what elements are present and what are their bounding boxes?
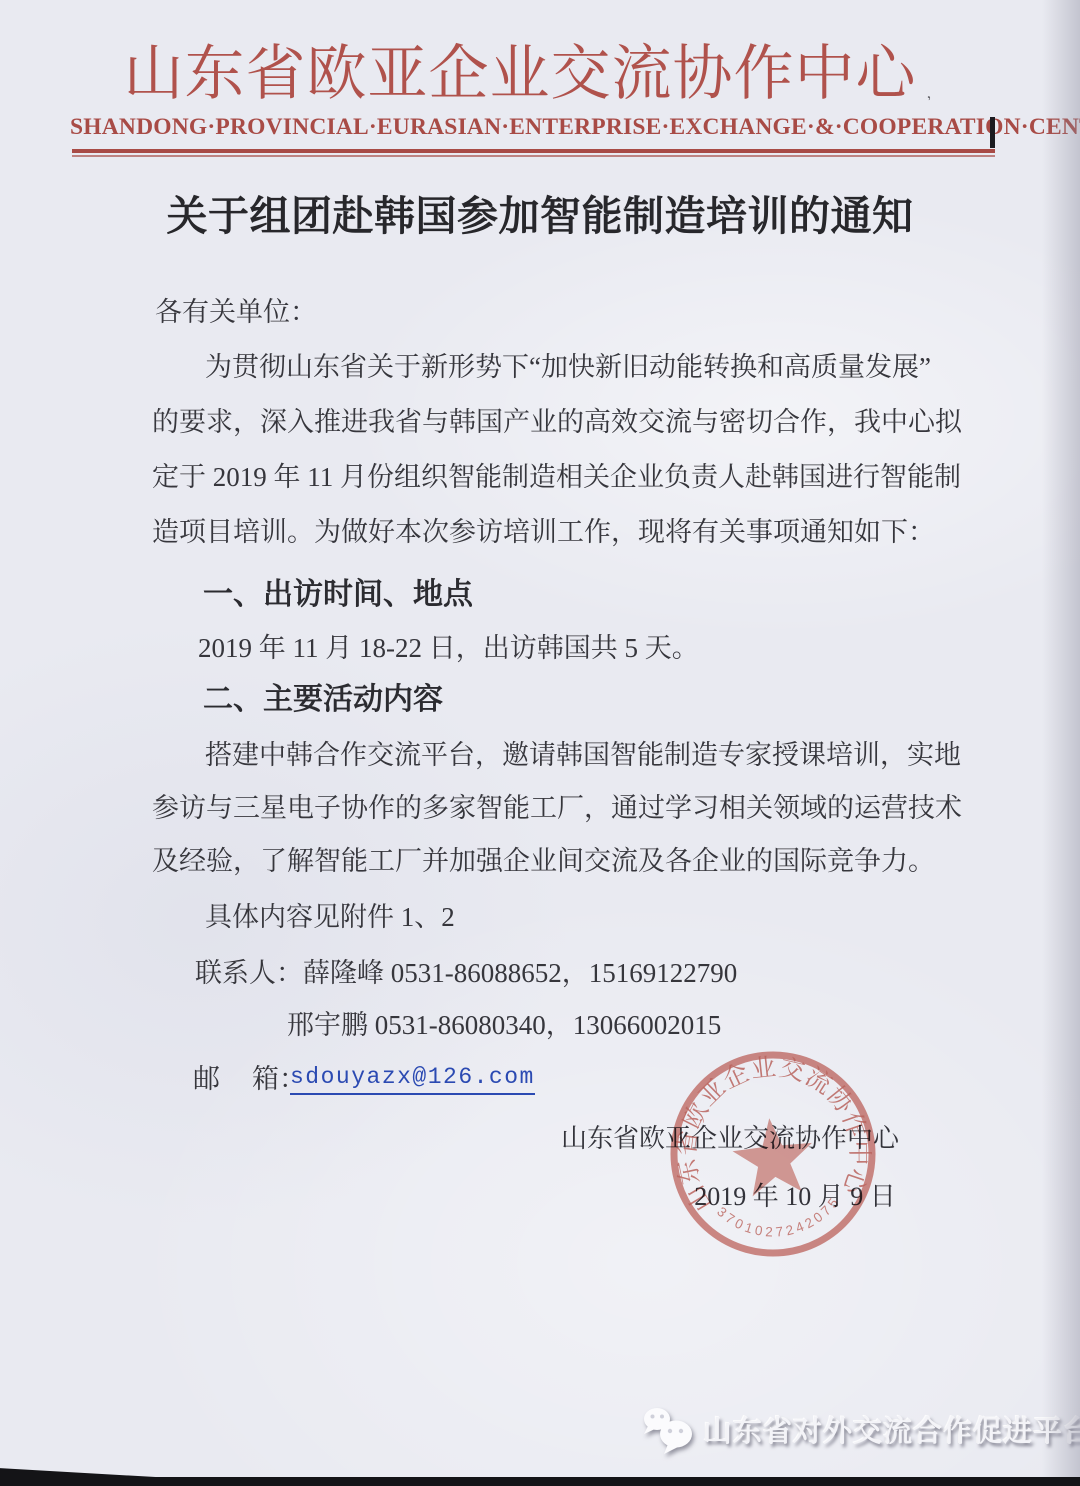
paragraph-line: 定于 2019 年 11 月份组织智能制造相关企业负责人赴韩国进行智能制 (152, 460, 961, 494)
contact-line-1: 联系人：薛隆峰 0531-86088652，15169122790 (195, 956, 737, 990)
section-2-heading: 二、主要活动内容 (203, 682, 443, 718)
official-seal: 山东省欧亚企业交流协作中心 3701027242075 (650, 1033, 896, 1275)
footer-watermark: 山东省对外交流合作促进平台 (703, 1409, 1080, 1450)
email-label-left: 邮 (193, 1062, 220, 1096)
paragraph-line: 的要求，深入推进我省与韩国产业的高效交流与密切合作，我中心拟 (152, 405, 962, 439)
scan-edge-bottom (0, 1477, 1080, 1486)
attachment-note: 具体内容见附件 1、2 (205, 900, 455, 934)
email-link[interactable]: sdouyazx@126.com (290, 1064, 535, 1095)
section-1-text: 2019 年 11 月 18-22 日，出访韩国共 5 天。 (198, 631, 699, 665)
letterhead-rule-shadow (72, 155, 995, 157)
contact-line-2: 邢宇鹏 0531-86080340，13066002015 (287, 1008, 721, 1042)
letterhead-rule (72, 149, 995, 153)
scan-edge-right (1042, 0, 1080, 1486)
paragraph-line: 搭建中韩合作交流平台，邀请韩国智能制造专家授课培训，实地 (205, 738, 961, 772)
cursor-artifact (990, 117, 995, 148)
salutation: 各有关单位： (155, 295, 317, 329)
paragraph-line: 为贯彻山东省关于新形势下“加快新旧动能转换和高质量发展” (205, 350, 931, 384)
paragraph-line: 参访与三星电子协作的多家智能工厂，通过学习相关领域的运营技术 (152, 791, 962, 825)
paragraph-line: 及经验，了解智能工厂并加强企业间交流及各企业的国际竞争力。 (152, 844, 935, 878)
letterhead-org-name-cn: 山东省欧亚企业交流协作中心 (108, 38, 932, 110)
letterhead-org-name-en: SHANDONG·PROVINCIAL·EURASIAN·ENTERPRISE·… (70, 114, 998, 141)
paragraph-line: 造项目培训。为做好本次参访培训工作，现将有关事项通知如下： (152, 515, 935, 549)
wechat-icon (638, 1402, 698, 1458)
document-title: 关于组团赴韩国参加智能制造培训的通知 (60, 183, 1020, 242)
seal-star-icon (730, 1114, 817, 1198)
section-1-heading: 一、出访时间、地点 (203, 577, 473, 613)
